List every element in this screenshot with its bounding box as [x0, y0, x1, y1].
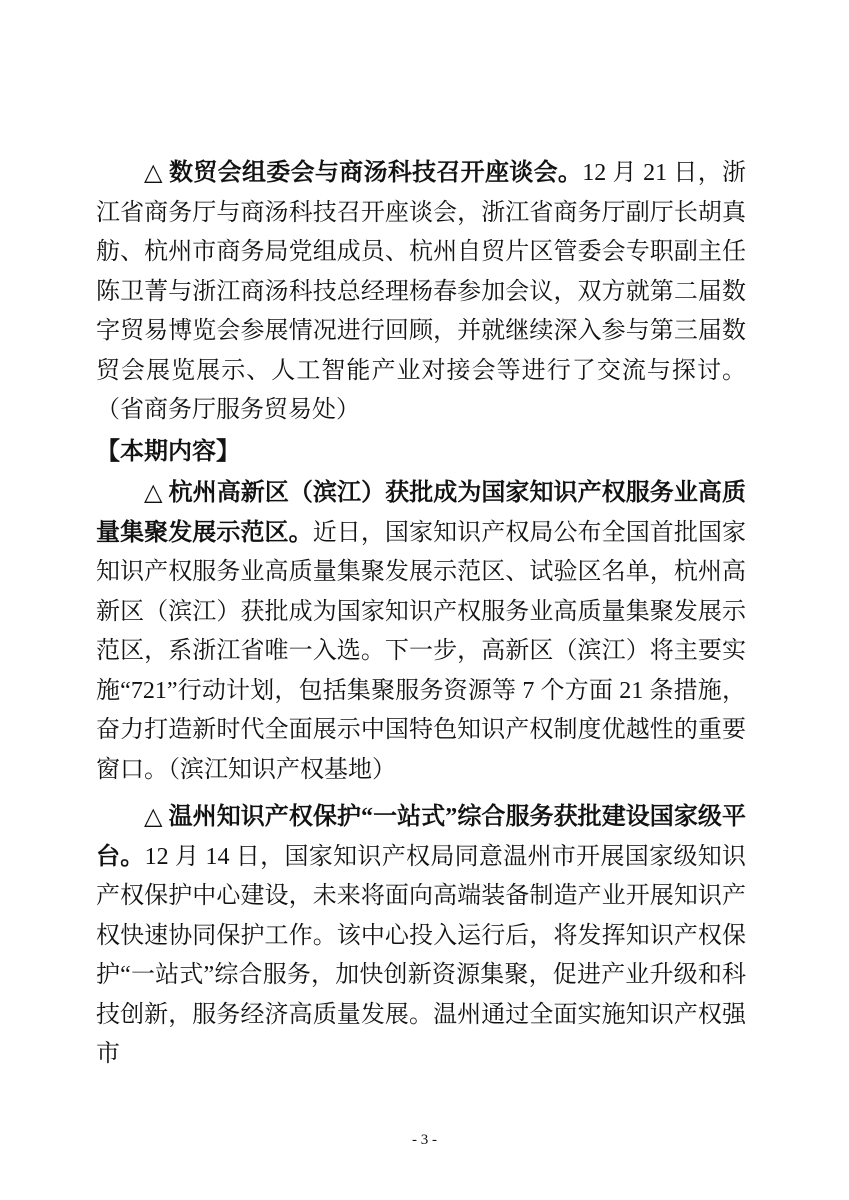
paragraph-shangtang-symposium: △ 数贸会组委会与商汤科技召开座谈会。12 月 21 日，浙江省商务厅与商汤科技…	[96, 154, 746, 431]
text-run: 12 月 21 日，浙江省商务厅与商汤科技召开座谈会，浙江省商务厅副厅长胡真舫、…	[96, 160, 746, 423]
page-number: - 3 -	[0, 1128, 849, 1152]
text-run: 近日，国家知识产权局公布全国首批国家知识产权服务业高质量集聚发展示范区、试验区名…	[96, 520, 746, 783]
bold-text-run: △ 数贸会组委会与商汤科技召开座谈会。	[144, 160, 582, 186]
text-run: 12 月 14 日，国家知识产权局同意温州市开展国家级知识产权保护中心建设，未来…	[96, 844, 746, 1068]
document-body: △ 数贸会组委会与商汤科技召开座谈会。12 月 21 日，浙江省商务厅与商汤科技…	[96, 154, 746, 1075]
section-heading-benqi-neirong: 【本期内容】	[96, 433, 746, 473]
bold-text-run: 【本期内容】	[96, 439, 240, 465]
document-page: △ 数贸会组委会与商汤科技召开座谈会。12 月 21 日，浙江省商务厅与商汤科技…	[0, 0, 849, 1200]
paragraph-wenzhou-ip-platform: △ 温州知识产权保护“一站式”综合服务获批建设国家级平台。12 月 14 日，国…	[96, 798, 746, 1075]
paragraph-binjiang-ip-zone: △ 杭州高新区（滨江）获批成为国家知识产权服务业高质量集聚发展示范区。近日，国家…	[96, 474, 746, 790]
